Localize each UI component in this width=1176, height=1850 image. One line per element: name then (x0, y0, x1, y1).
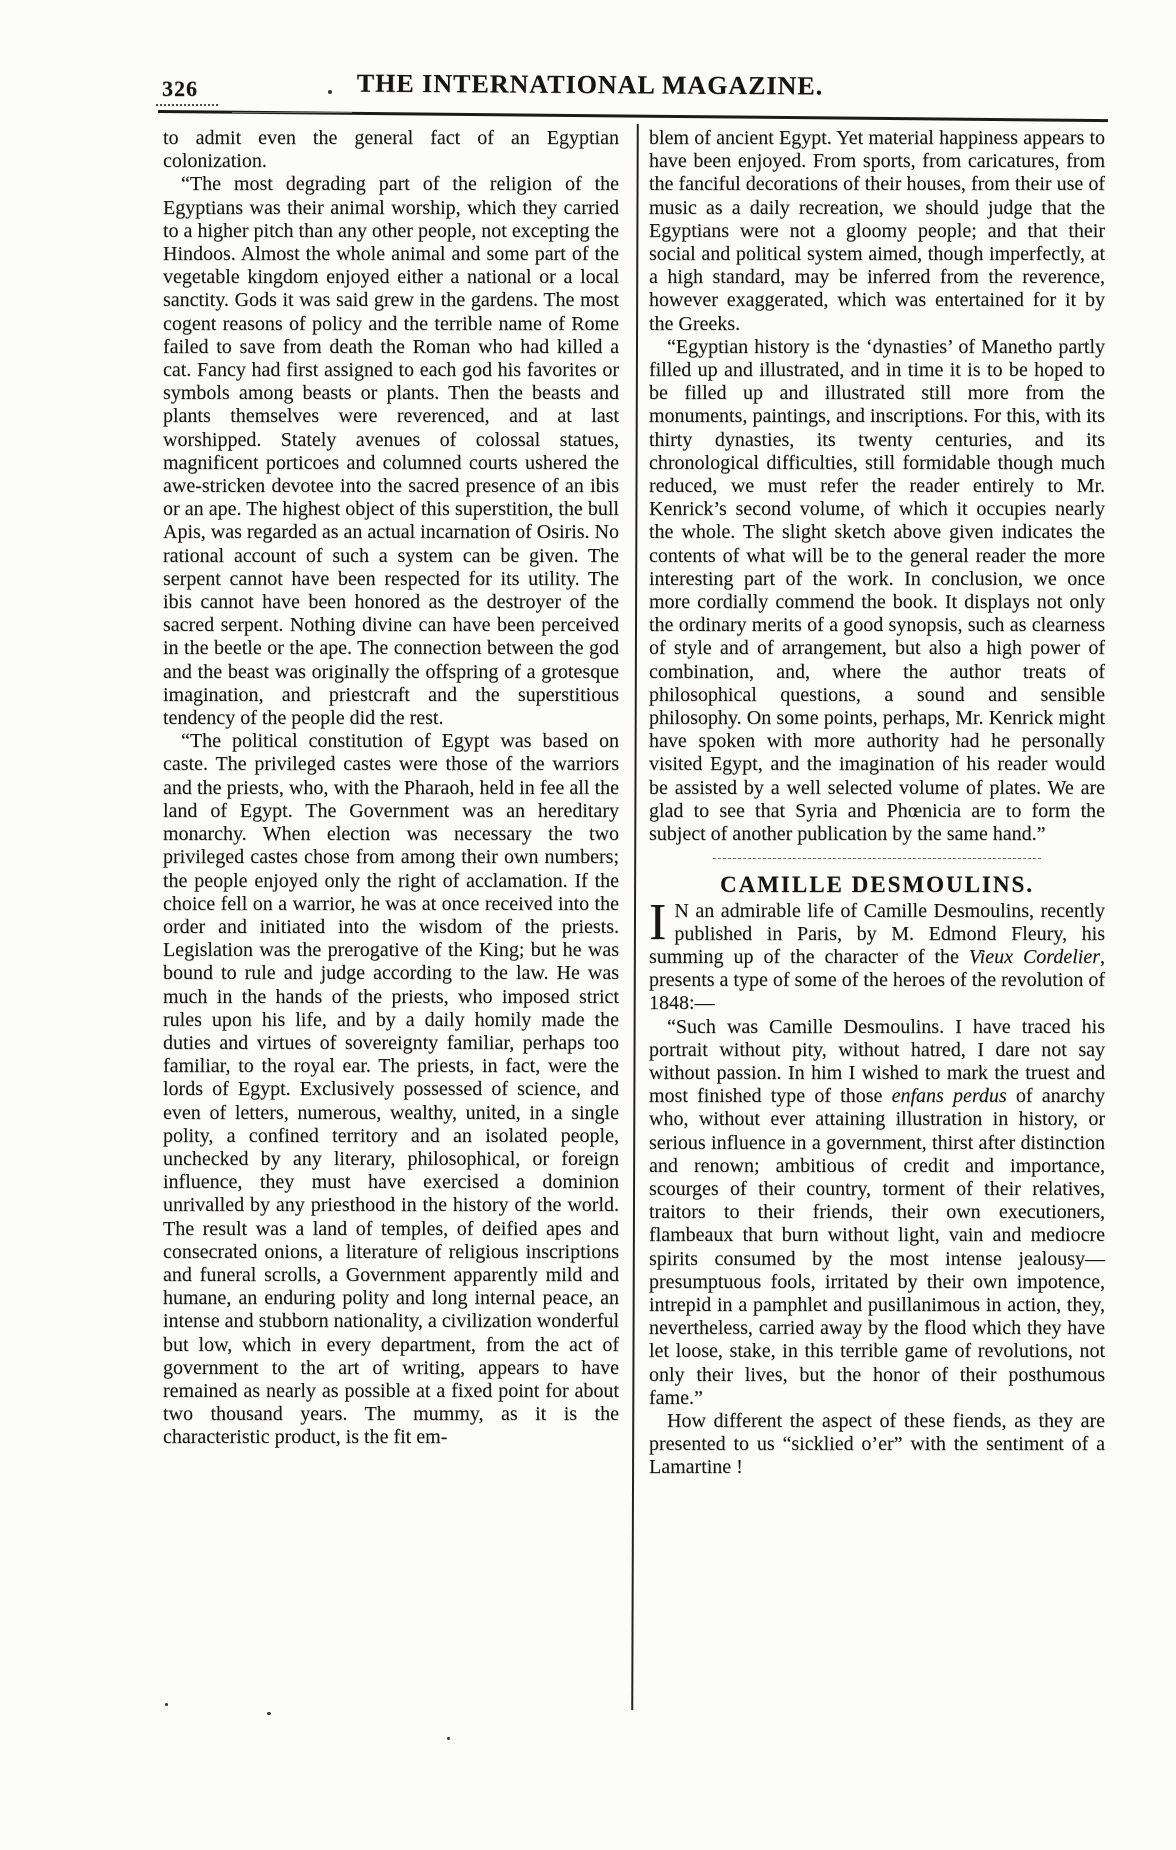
paragraph: “Egyptian history is the ‘dynasties’ of … (649, 336, 1105, 846)
text-segment: of anarchy who, without ever attaining i… (649, 1085, 1105, 1409)
italic-text-segment: Vieux Cordelier (969, 946, 1100, 968)
text-segment: “The political constitution of Egypt was… (163, 730, 619, 1448)
left-column: to admit even the general fact of an Egy… (163, 127, 619, 1450)
paragraph: “The most degrading part of the religion… (163, 173, 619, 730)
section-divider (713, 858, 1041, 859)
right-column: blem of ancient Egypt. Yet material happ… (649, 127, 1105, 1480)
scan-speck (328, 90, 332, 94)
paragraph: IN an admirable life of Camille Desmouli… (649, 900, 1105, 1016)
header-rule-fragment (156, 104, 218, 106)
scan-speck (267, 1712, 271, 1715)
scan-speck (165, 1703, 168, 1706)
column-divider (631, 124, 639, 1710)
article-heading: CAMILLE DESMOULINS. (649, 873, 1105, 896)
header-rule-fragment (232, 112, 352, 113)
paragraph: “The political constitution of Egypt was… (163, 730, 619, 1449)
text-segment: “The most degrading part of the religion… (163, 173, 619, 729)
paragraph: How different the aspect of these fiends… (649, 1410, 1105, 1480)
text-segment: to admit even the general fact of an Egy… (163, 127, 619, 172)
magazine-title: THE INTERNATIONAL MAGAZINE. (120, 67, 1060, 103)
scan-speck (447, 1737, 450, 1740)
dropcap-letter: I (649, 900, 674, 943)
paragraph: to admit even the general fact of an Egy… (163, 127, 619, 173)
italic-text-segment: enfans perdus (892, 1085, 1007, 1107)
paragraph: blem of ancient Egypt. Yet material happ… (649, 127, 1105, 336)
text-segment: How different the aspect of these fiends… (649, 1410, 1105, 1478)
paragraph: “Such was Camille Desmoulins. I have tra… (649, 1016, 1105, 1410)
text-segment: blem of ancient Egypt. Yet material happ… (649, 127, 1105, 335)
text-segment: “Egyptian history is the ‘dynasties’ of … (649, 336, 1105, 845)
